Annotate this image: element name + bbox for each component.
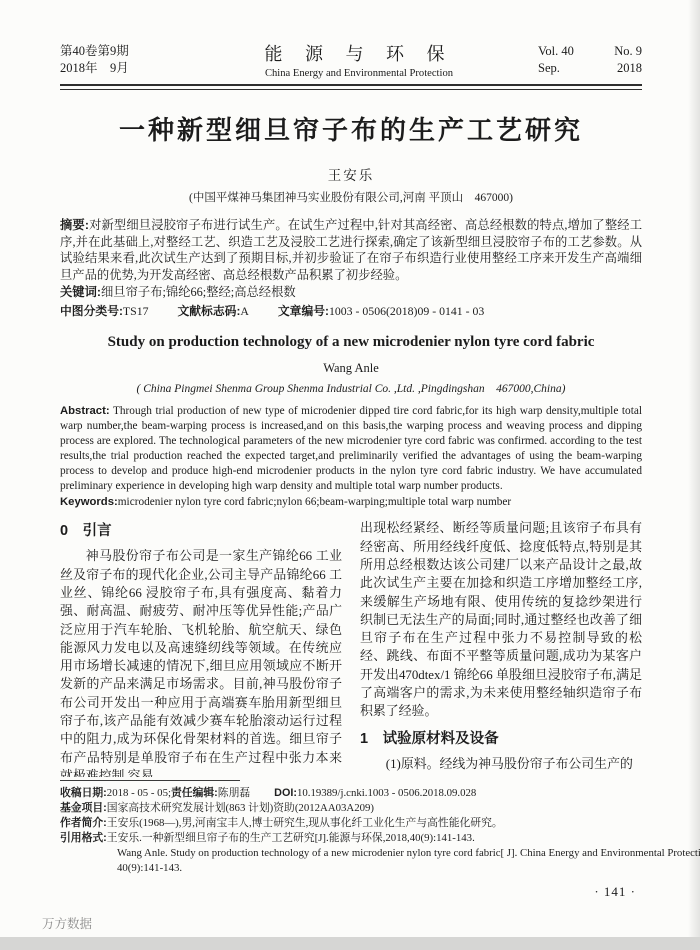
keywords-en-label: Keywords:	[60, 496, 118, 508]
footnote-fund-line: 基金项目:国家高技术研究发展计划(863 计划)资助(2012AA03A209)	[60, 801, 644, 816]
page-number: · 141 ·	[594, 884, 636, 900]
no-label: No. 9	[614, 43, 642, 60]
doc-code-value: A	[240, 304, 249, 318]
affiliation-cn: (中国平煤神马集团神马实业股份有限公司,河南 平顶山 467000)	[60, 189, 642, 205]
body-columns: 0 引言 神马股份帘子布公司是一家生产锦纶66 工业丝及帘子布的现代化企业,公司…	[60, 519, 642, 777]
abstract-en: Abstract: Through trial production of ne…	[60, 404, 642, 494]
wanfang-watermark: 万方数据	[42, 914, 92, 932]
abstract-cn: 摘要:对新型细旦浸胶帘子布进行试生产。在试生产过程中,针对其高经密、高总经根数的…	[60, 217, 642, 283]
issue-info-en: Vol. 40 No. 9 Sep. 2018	[538, 43, 642, 77]
abstract-en-label: Abstract:	[60, 405, 110, 417]
editor-value: 陈朋磊	[218, 787, 250, 799]
bio-value: 王安乐(1968—),男,河南宝丰人,博士研究生,现从事化纤工业化生产与高性能化…	[107, 817, 503, 829]
doc-code-group: 文献标志码:A	[177, 304, 248, 318]
article-id-label: 文章编号:	[278, 304, 329, 318]
article-title-cn: 一种新型细旦帘子布的生产工艺研究	[60, 110, 642, 147]
article-id-group: 文章编号:1003 - 0506(2018)09 - 0141 - 03	[278, 304, 484, 318]
journal-page: 第40卷第9期 2018年 9月 能 源 与 环 保 China Energy …	[0, 0, 700, 950]
cite-label: 引用格式:	[60, 832, 107, 844]
vol-label: Vol. 40	[538, 43, 574, 60]
scan-edge-right	[688, 0, 700, 950]
issue-date-cn: 2018年 9月	[60, 60, 180, 77]
header-divider	[60, 84, 642, 90]
section-0-heading: 0 引言	[60, 522, 342, 540]
journal-title-cn: 能 源 与 环 保	[180, 40, 538, 66]
doi-value: 10.19389/j.cnki.1003 - 0506.2018.09.028	[297, 787, 476, 799]
fund-label: 基金项目:	[60, 802, 107, 814]
month-label: Sep.	[538, 60, 560, 77]
left-column: 0 引言 神马股份帘子布公司是一家生产锦纶66 工业丝及帘子布的现代化企业,公司…	[60, 519, 342, 777]
right-column: 出现松经紧经、断经等质量问题;且该帘子布具有经密高、所用经线纤度低、捻度低特点,…	[360, 519, 642, 777]
keywords-cn: 关键词:细旦帘子布;锦纶66;整经;高总经根数	[60, 284, 642, 301]
footnote-bio-line: 作者简介:王安乐(1968—),男,河南宝丰人,博士研究生,现从事化纤工业化生产…	[60, 816, 644, 831]
doi-label: DOI:	[274, 787, 297, 799]
keywords-cn-text: 细旦帘子布;锦纶66;整经;高总经根数	[101, 285, 296, 299]
doc-code-label: 文献标志码:	[177, 304, 240, 318]
article-id-value: 1003 - 0506(2018)09 - 0141 - 03	[329, 304, 484, 318]
keywords-en: Keywords:microdenier nylon tyre cord fab…	[60, 495, 642, 510]
editor-label: 责任编辑:	[171, 787, 218, 799]
author-name-en: Wang Anle	[60, 361, 642, 376]
footnote-cite-line-en2: 40(9):141-143.	[60, 861, 644, 876]
issue-volume-cn: 第40卷第9期	[60, 43, 180, 60]
section-1-heading: 1 试验原材料及设备	[360, 730, 642, 748]
footnote-received-line: 收稿日期:2018 - 05 - 05;责任编辑:陈朋磊DOI:10.19389…	[60, 786, 644, 801]
bio-label: 作者简介:	[60, 817, 107, 829]
keywords-en-text: microdenier nylon tyre cord fabric;nylon…	[118, 496, 511, 508]
article-title-en: Study on production technology of a new …	[60, 332, 642, 352]
footnote-block: 收稿日期:2018 - 05 - 05;责任编辑:陈朋磊DOI:10.19389…	[60, 780, 644, 876]
abstract-en-text: Through trial production of new type of …	[60, 405, 642, 492]
scan-edge-bottom	[0, 937, 700, 950]
clc-group: 中图分类号:TS17	[60, 304, 149, 318]
abstract-cn-text: 对新型细旦浸胶帘子布进行试生产。在试生产过程中,针对其高经密、高总经根数的特点,…	[60, 218, 642, 282]
affiliation-en: ( China Pingmei Shenma Group Shenma Indu…	[60, 380, 642, 396]
year-label: 2018	[617, 60, 642, 77]
received-value: 2018 - 05 - 05;	[107, 787, 171, 799]
cite-cn-value: 王安乐.一种新型细旦帘子布的生产工艺研究[J].能源与环保,2018,40(9)…	[107, 832, 475, 844]
journal-name-block: 能 源 与 环 保 China Energy and Environmental…	[180, 40, 538, 79]
section-1-paragraph: (1)原料。经线为神马股份帘子布公司生产的	[360, 755, 642, 773]
issue-vol-row: Vol. 40 No. 9	[538, 43, 642, 60]
journal-title-en: China Energy and Environmental Protectio…	[180, 68, 538, 79]
classification-line: 中图分类号:TS17 文献标志码:A 文章编号:1003 - 0506(2018…	[60, 303, 642, 320]
abstract-cn-label: 摘要:	[60, 218, 89, 232]
continued-paragraph: 出现松经紧经、断经等质量问题;且该帘子布具有经密高、所用经线纤度低、捻度低特点,…	[360, 519, 642, 720]
page-content: 第40卷第9期 2018年 9月 能 源 与 环 保 China Energy …	[60, 40, 642, 777]
issue-info-cn: 第40卷第9期 2018年 9月	[60, 43, 180, 77]
footnote-cite-line-cn: 引用格式:王安乐.一种新型细旦帘子布的生产工艺研究[J].能源与环保,2018,…	[60, 831, 644, 846]
keywords-cn-label: 关键词:	[60, 285, 101, 299]
received-label: 收稿日期:	[60, 787, 107, 799]
author-name-cn: 王安乐	[60, 164, 642, 184]
journal-header: 第40卷第9期 2018年 9月 能 源 与 环 保 China Energy …	[60, 40, 642, 79]
clc-label: 中图分类号:	[60, 304, 123, 318]
fund-value: 国家高技术研究发展计划(863 计划)资助(2012AA03A209)	[107, 802, 374, 814]
footnote-cite-line-en1: Wang Anle. Study on production technolog…	[60, 846, 644, 861]
section-0-paragraph: 神马股份帘子布公司是一家生产锦纶66 工业丝及帘子布的现代化企业,公司主导产品锦…	[60, 547, 342, 777]
issue-date-row: Sep. 2018	[538, 60, 642, 77]
clc-value: TS17	[123, 304, 149, 318]
footnote-divider	[60, 780, 240, 781]
